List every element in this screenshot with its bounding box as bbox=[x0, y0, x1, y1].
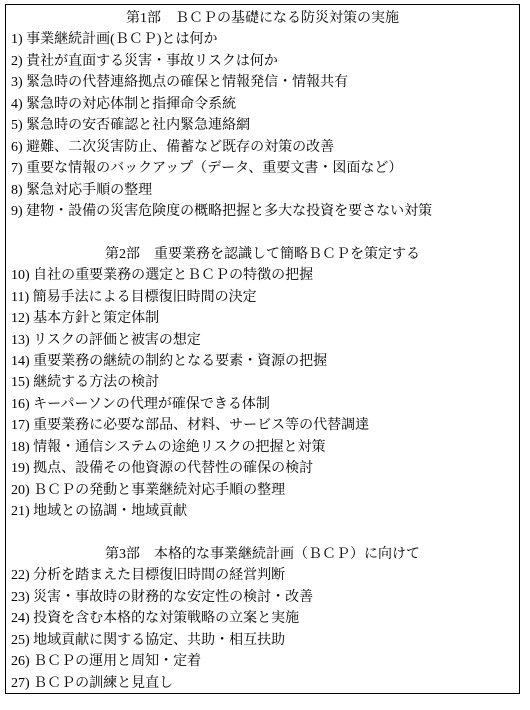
section-spacer bbox=[10, 523, 515, 544]
toc-item-13: 13) リスクの評価と被害の想定 bbox=[10, 330, 515, 351]
toc-item-20: 20) ＢＣＰの発動と事業継続対応手順の整理 bbox=[10, 480, 515, 501]
toc-item-24: 24) 投資を含む本格的な対策戦略の立案と実施 bbox=[10, 608, 515, 629]
toc-item-16: 16) キーパーソンの代理が確保できる体制 bbox=[10, 394, 515, 415]
toc-item-27: 27) ＢＣＰの訓練と見直し bbox=[10, 673, 515, 694]
section-1-title: 第1部 ＢＣＰの基礎になる防災対策の実施 bbox=[10, 8, 515, 29]
toc-item-26: 26) ＢＣＰの運用と周知・定着 bbox=[10, 651, 515, 672]
toc-item-19: 19) 拠点、設備その他資源の代替性の確保の検討 bbox=[10, 458, 515, 479]
toc-item-4: 4) 緊急時の対応体制と指揮命令系統 bbox=[10, 94, 515, 115]
toc-item-14: 14) 重要業務の継続の制約となる要素・資源の把握 bbox=[10, 351, 515, 372]
toc-item-22: 22) 分析を踏まえた目標復旧時間の経営判断 bbox=[10, 565, 515, 586]
section-2-title: 第2部 重要業務を認識して簡略ＢＣＰを策定する bbox=[10, 244, 515, 265]
toc-item-10: 10) 自社の重要業務の選定とＢＣＰの特徴の把握 bbox=[10, 265, 515, 286]
toc-item-11: 11) 簡易手法による目標復旧時間の決定 bbox=[10, 287, 515, 308]
document-border-frame: 第1部 ＢＣＰの基礎になる防災対策の実施 1) 事業継続計画(ＢＣＰ)とは何か … bbox=[5, 4, 520, 694]
toc-item-7: 7) 重要な情報のバックアップ（データ、重要文書・図面など） bbox=[10, 158, 515, 179]
toc-item-21: 21) 地域との協調・地域貢献 bbox=[10, 501, 515, 522]
toc-item-6: 6) 避難、二次災害防止、備蓄など既存の対策の改善 bbox=[10, 137, 515, 158]
toc-item-5: 5) 緊急時の安否確認と社内緊急連絡網 bbox=[10, 115, 515, 136]
toc-item-17: 17) 重要業務に必要な部品、材料、サービス等の代替調達 bbox=[10, 415, 515, 436]
toc-item-25: 25) 地域貢献に関する協定、共助・相互扶助 bbox=[10, 630, 515, 651]
section-3-title: 第3部 本格的な事業継続計画（ＢＣＰ）に向けて bbox=[10, 544, 515, 565]
toc-item-23: 23) 災害・事故時の財務的な安定性の検討・改善 bbox=[10, 587, 515, 608]
section-spacer bbox=[10, 222, 515, 243]
toc-item-8: 8) 緊急対応手順の整理 bbox=[10, 180, 515, 201]
toc-item-15: 15) 継続する方法の検討 bbox=[10, 372, 515, 393]
toc-item-1: 1) 事業継続計画(ＢＣＰ)とは何か bbox=[10, 29, 515, 50]
toc-item-9: 9) 建物・設備の災害危険度の概略把握と多大な投資を要さない対策 bbox=[10, 201, 515, 222]
toc-item-3: 3) 緊急時の代替連絡拠点の確保と情報発信・情報共有 bbox=[10, 72, 515, 93]
toc-item-2: 2) 貴社が直面する災害・事故リスクは何か bbox=[10, 51, 515, 72]
toc-item-18: 18) 情報・通信システムの途絶リスクの把握と対策 bbox=[10, 437, 515, 458]
toc-item-12: 12) 基本方針と策定体制 bbox=[10, 308, 515, 329]
